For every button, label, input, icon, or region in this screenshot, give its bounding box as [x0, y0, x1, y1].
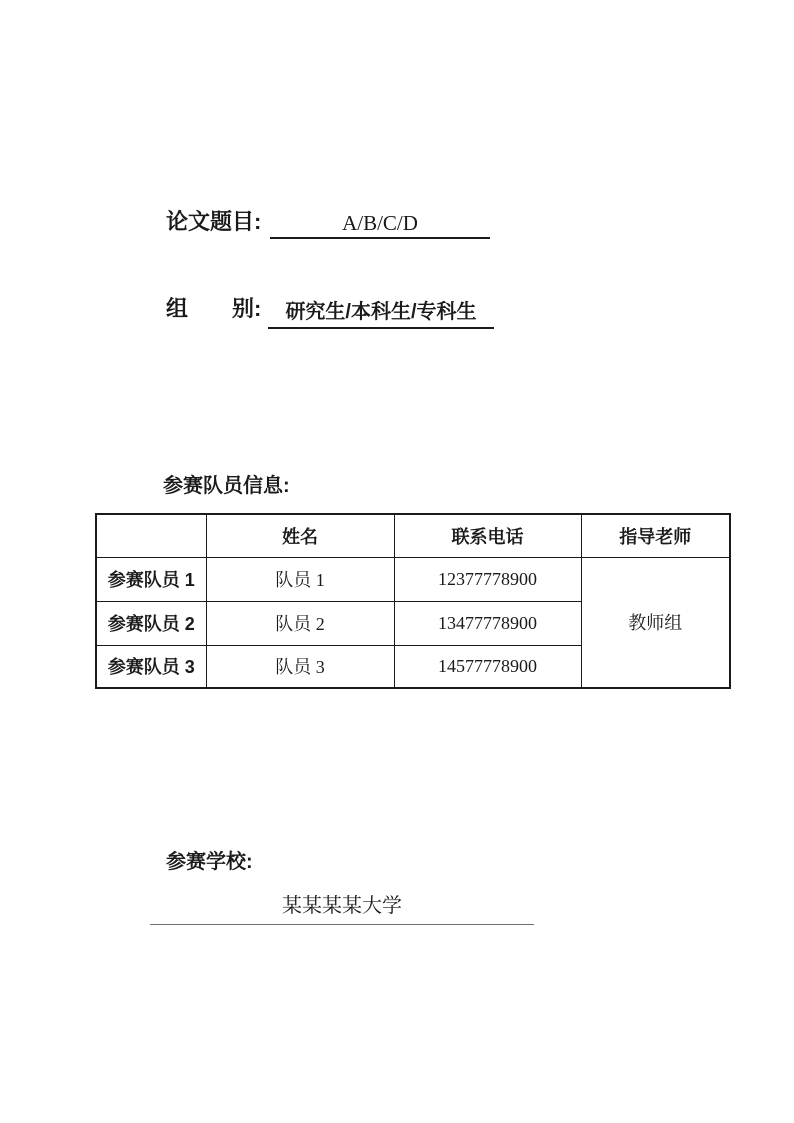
school-value: 某某某某大学 — [282, 895, 402, 917]
members-table: 姓名 联系电话 指导老师 参赛队员 1 队员 1 12377778900 教师组… — [95, 513, 731, 689]
header-cell-name: 姓名 — [206, 514, 394, 557]
member-3-name: 队员 3 — [206, 645, 394, 688]
member-2-name: 队员 2 — [206, 601, 394, 645]
member-3-label: 参赛队员 3 — [96, 645, 206, 688]
member-1-phone: 12377778900 — [394, 557, 581, 601]
member-2-phone: 13477778900 — [394, 601, 581, 645]
member-1-label: 参赛队员 1 — [96, 557, 206, 601]
group-value: 研究生/本科生/专科生 — [285, 301, 476, 323]
group-underline: 研究生/本科生/专科生 — [268, 294, 494, 329]
member-1-name: 队员 1 — [206, 557, 394, 601]
members-info-heading: 参赛队员信息: — [163, 474, 290, 498]
header-cell-phone: 联系电话 — [394, 514, 581, 557]
document-page: 论文题目: A/B/C/D 组 别: 研究生/本科生/专科生 参赛队员信息: 姓… — [0, 0, 794, 1123]
header-cell-advisor: 指导老师 — [581, 514, 730, 557]
header-cell-member — [96, 514, 206, 557]
school-underline: 某某某某大学 — [150, 885, 534, 925]
paper-title-underline: A/B/C/D — [270, 206, 490, 239]
advisor-merged-cell: 教师组 — [581, 557, 730, 688]
paper-title-value: A/B/C/D — [342, 211, 418, 235]
member-2-label: 参赛队员 2 — [96, 601, 206, 645]
paper-title-label: 论文题目: — [166, 209, 261, 235]
member-3-phone: 14577778900 — [394, 645, 581, 688]
school-heading: 参赛学校: — [166, 850, 253, 874]
group-label: 组 别: — [166, 296, 261, 322]
members-table-header-row: 姓名 联系电话 指导老师 — [96, 514, 730, 557]
table-row: 参赛队员 1 队员 1 12377778900 教师组 — [96, 557, 730, 601]
